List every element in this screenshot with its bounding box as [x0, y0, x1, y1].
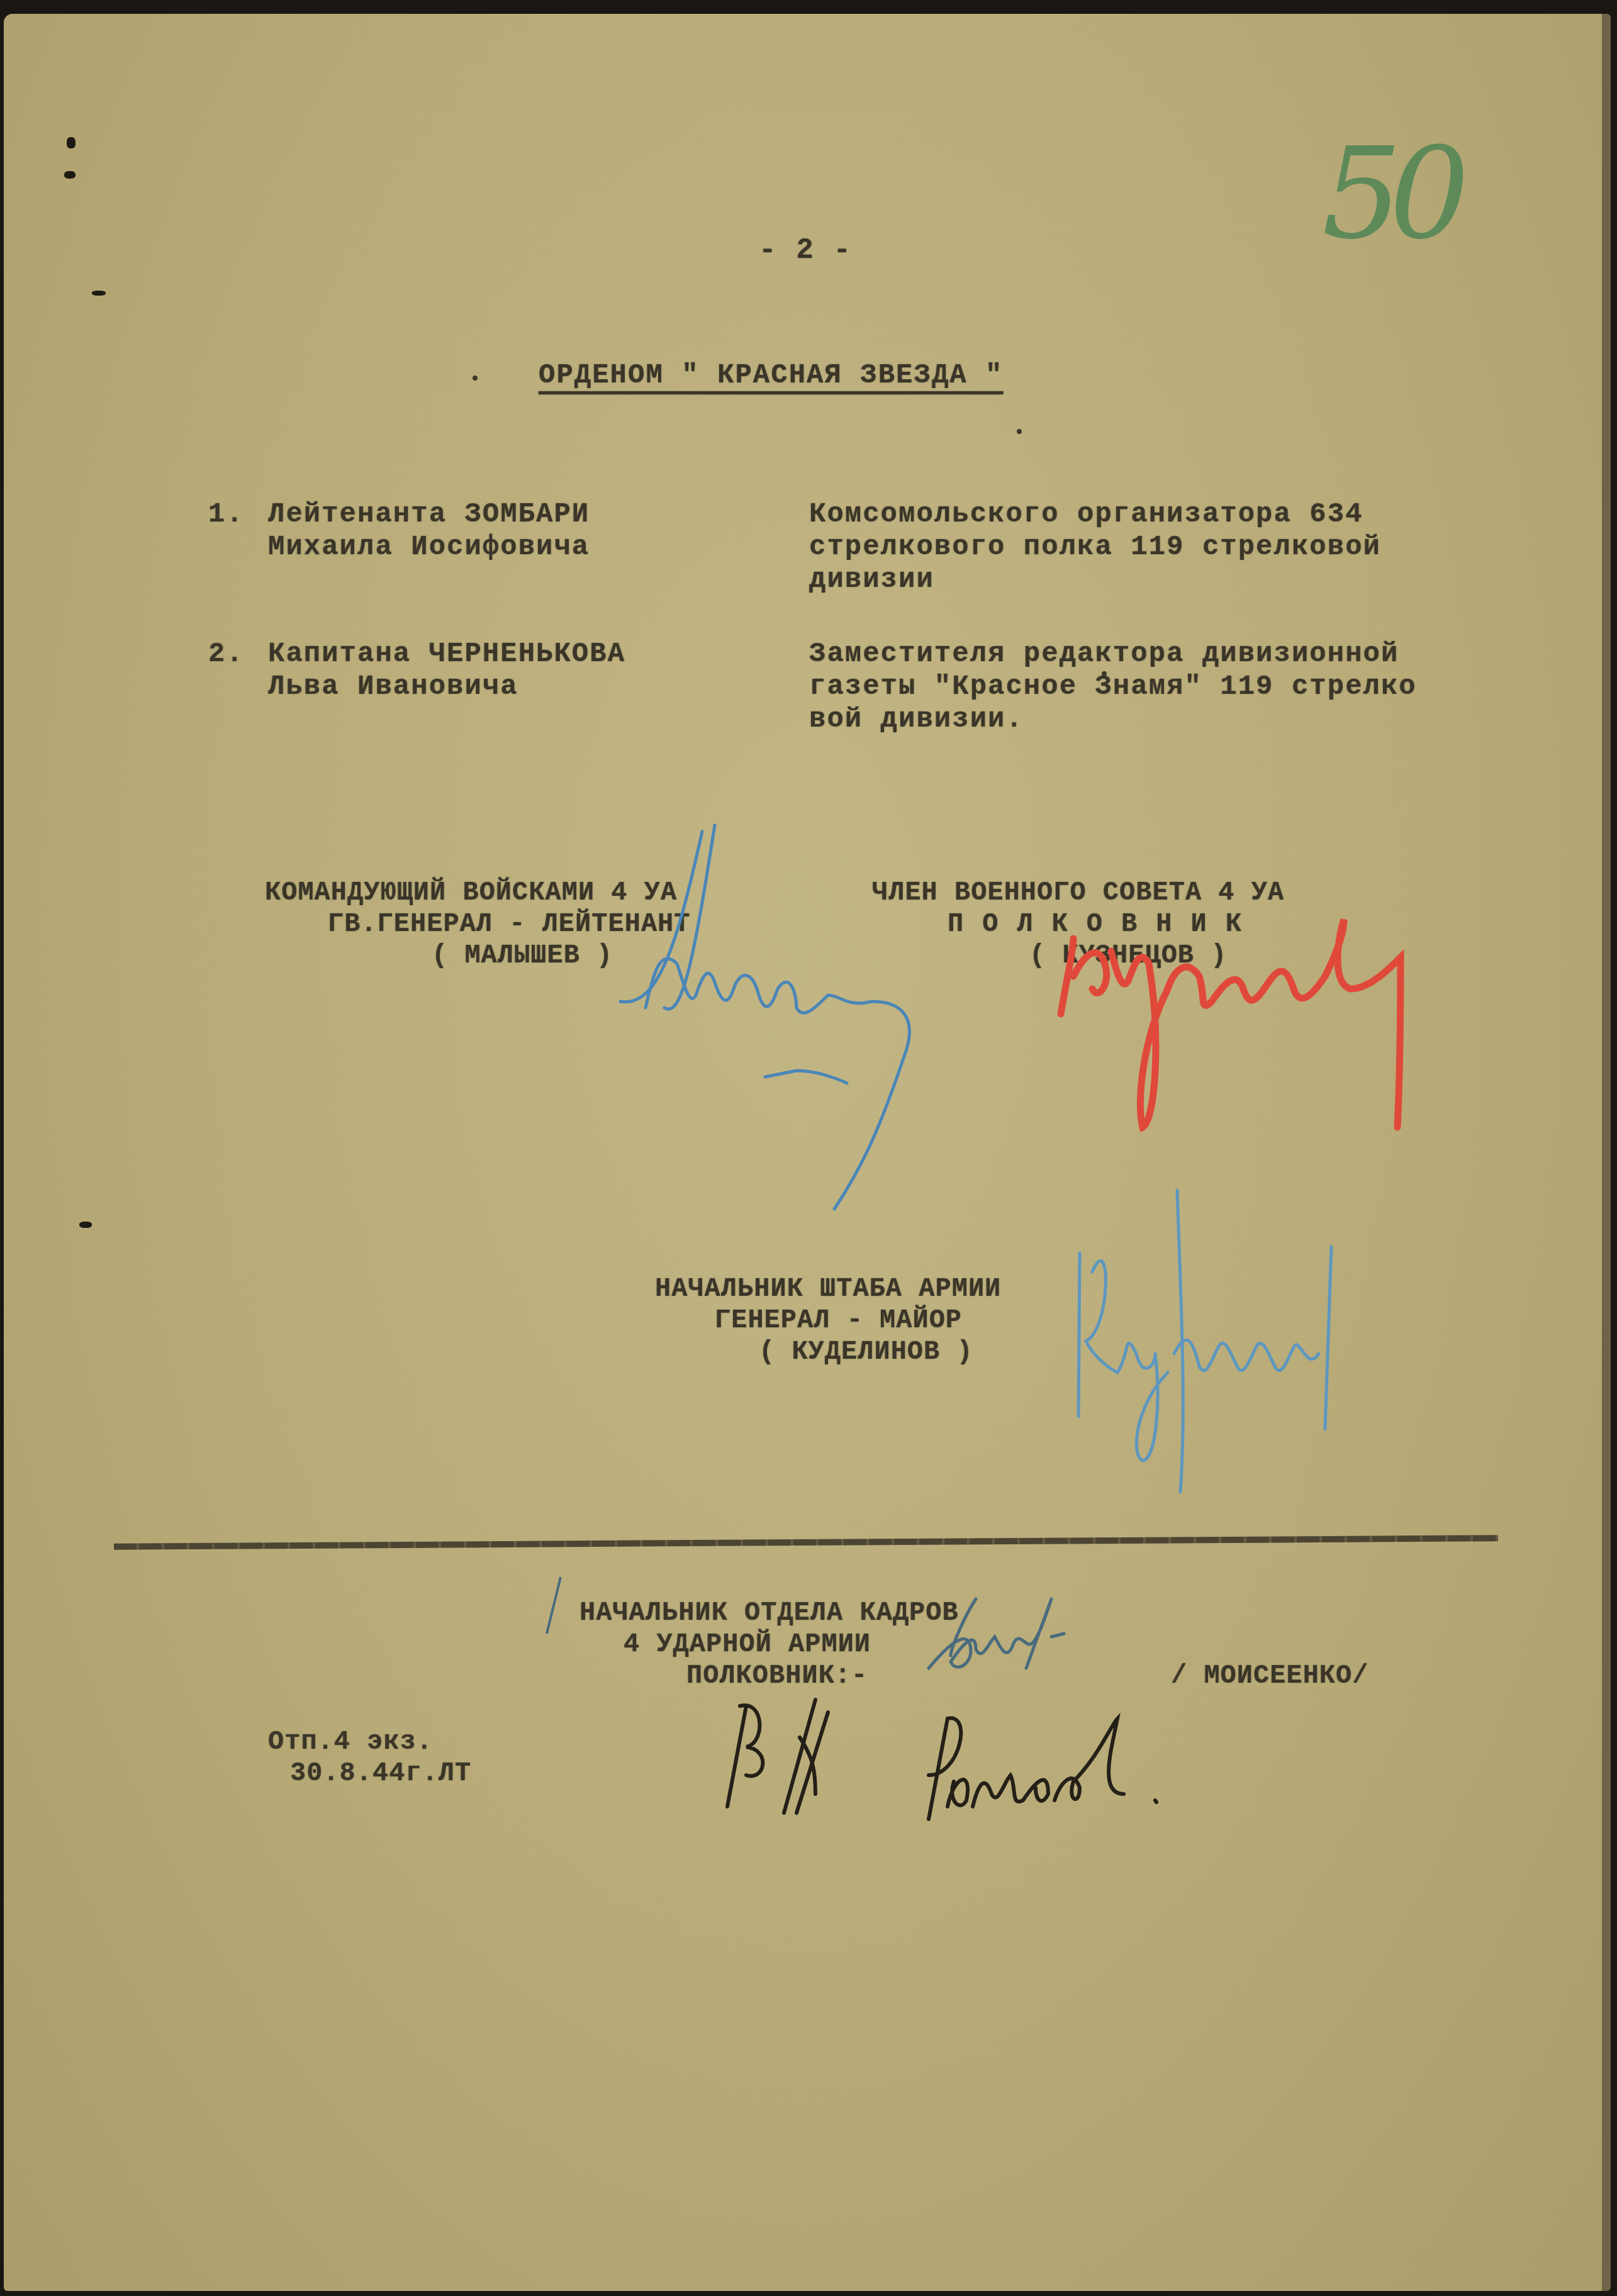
awardee-name: Михаила Иосифовича — [268, 530, 590, 565]
punch-hole — [92, 291, 106, 296]
signatory-title: ЧЛЕН ВОЕННОГО СОВЕТА 4 УА — [872, 876, 1284, 910]
punch-hole — [79, 1222, 92, 1228]
document-page: 50 - 2 - ОРДЕНОМ " КРАСНАЯ ЗВЕЗДА " 1. Л… — [4, 14, 1611, 2291]
council-member-signature — [1048, 913, 1451, 1152]
awardee-position-line: газеты "Красное Знамя" 119 стрелко — [809, 669, 1417, 705]
signatory-unit: 4 УДАРНОЙ АРМИИ — [624, 1627, 871, 1661]
handwritten-note-text: В/К Романов — [721, 1832, 722, 1832]
awardee-rank-surname: Лейтенанта ЗОМБАРИ — [268, 497, 590, 532]
personnel-head-signature — [926, 1593, 1127, 1693]
copies-note: Отп.4 экз. — [268, 1725, 433, 1759]
awardee-number: 1. — [208, 497, 244, 532]
paper-speck — [1102, 671, 1107, 676]
signatory-name: ( МАЛЫШЕВ ) — [432, 939, 613, 972]
signatory-name: / МОИСЕЕНКО/ — [1171, 1659, 1368, 1693]
awardee-name: Льва Ивановича — [268, 669, 518, 705]
awardee-rank-surname: Капитана ЧЕРНЕНЬКОВА — [268, 637, 625, 672]
signatory-name: ( КУДЕЛИНОВ ) — [759, 1335, 973, 1369]
award-heading: ОРДЕНОМ " КРАСНАЯ ЗВЕЗДА " — [539, 360, 1004, 391]
signatory-rank: ГЕНЕРАЛ - МАЙОР — [715, 1303, 962, 1337]
awardee-position-line: дивизии — [809, 562, 934, 598]
section-divider — [114, 1535, 1498, 1549]
awardee-position-line: вой дивизии. — [809, 702, 1024, 737]
punch-hole — [64, 171, 76, 179]
signatory-title: НАЧАЛЬНИК ШТАБА АРМИИ — [655, 1272, 1001, 1306]
punch-hole — [67, 137, 76, 148]
date-note: 30.8.44г.ЛТ — [290, 1756, 471, 1790]
page-number: - 2 - — [759, 234, 852, 267]
paper-speck — [473, 376, 478, 381]
signatory-rank: ПОЛКОВНИК:- — [686, 1659, 868, 1693]
handwritten-note — [721, 1700, 1237, 1825]
awardee-position-line: Комсомольского организатора 634 — [809, 497, 1363, 532]
paper-speck — [1017, 429, 1022, 434]
margin-stroke — [542, 1574, 567, 1637]
awardee-number: 2. — [208, 637, 244, 672]
awardee-position-line: стрелкового полка 119 стрелковой — [809, 530, 1381, 565]
signatory-title: НАЧАЛЬНИК ОТДЕЛА КАДРОВ — [579, 1596, 959, 1630]
awardee-position-line: Заместителя редактора дивизионной — [809, 637, 1399, 672]
chief-of-staff-signature — [1067, 1165, 1394, 1492]
archive-page-number: 50 — [1322, 121, 1457, 267]
